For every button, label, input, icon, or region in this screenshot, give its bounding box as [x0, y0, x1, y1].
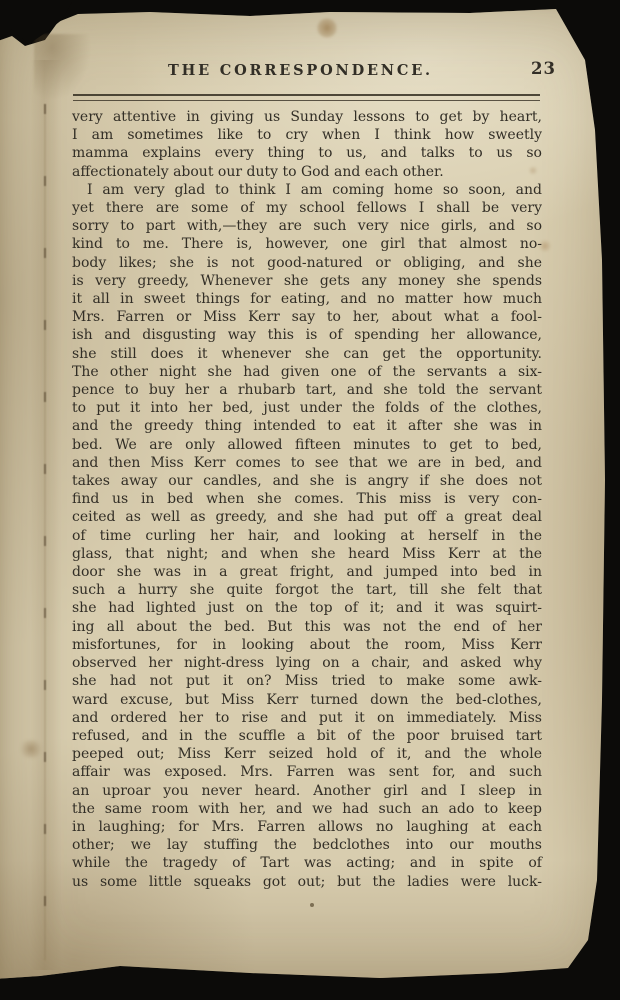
- binding-crease: [44, 104, 46, 960]
- text-line: ward excuse, but Miss Kerr turned down t…: [72, 691, 542, 709]
- text-line: misfortunes, for in looking about the ro…: [72, 636, 542, 654]
- text-line: us some little squeaks got out; but the …: [72, 873, 542, 891]
- text-line: to put it into her bed, just under the f…: [72, 399, 542, 417]
- text-line: and the greedy thing intended to eat it …: [72, 417, 542, 435]
- text-line: I am sometimes like to cry when I think …: [72, 126, 542, 144]
- page-number: 23: [531, 59, 556, 78]
- text-line: it all in sweet things for eating, and n…: [72, 290, 542, 308]
- text-line: an uproar you never heard. Another girl …: [72, 782, 542, 800]
- text-line: she still does it whenever she can get t…: [72, 345, 542, 363]
- text-line: door she was in a great fright, and jump…: [72, 563, 542, 581]
- text-line: and then Miss Kerr comes to see that we …: [72, 454, 542, 472]
- text-line: ceited as well as greedy, and she had pu…: [72, 508, 542, 526]
- text-line: affectionately about our duty to God and…: [72, 163, 542, 181]
- text-line: pence to buy her a rhubarb tart, and she…: [72, 381, 542, 399]
- text-line: other; we lay stuffing the bedclothes in…: [72, 836, 542, 854]
- text-line: bed. We are only allowed fifteen minutes…: [72, 436, 542, 454]
- age-spot: [316, 18, 338, 38]
- running-head-title: THE CORRESPONDENCE.: [168, 62, 433, 79]
- page-body-lines: very attentive in giving us Sunday lesso…: [72, 108, 542, 891]
- text-line: glass, that night; and when she heard Mi…: [72, 545, 542, 563]
- text-line: refused, and in the scuffle a bit of the…: [72, 727, 542, 745]
- age-spot: [18, 740, 44, 758]
- text-line: while the tragedy of Tart was acting; an…: [72, 854, 542, 872]
- text-line: sorry to part with,—they are such very n…: [72, 217, 542, 235]
- text-line: and ordered her to rise and put it on im…: [72, 709, 542, 727]
- text-line: peeped out; Miss Kerr seized hold of it,…: [72, 745, 542, 763]
- text-line: of time curling her hair, and looking at…: [72, 527, 542, 545]
- age-spot: [310, 903, 314, 907]
- text-line: takes away our candles, and she is angry…: [72, 472, 542, 490]
- text-line: I am very glad to think I am coming home…: [72, 181, 542, 199]
- scanned-book-page: THE CORRESPONDENCE. 23 very attentive in…: [0, 0, 620, 1000]
- text-line: ish and disgusting way this is of spendi…: [72, 326, 542, 344]
- text-line: The other night she had given one of the…: [72, 363, 542, 381]
- text-line: find us in bed when she comes. This miss…: [72, 490, 542, 508]
- text-line: she had lighted just on the top of it; a…: [72, 599, 542, 617]
- text-line: the same room with her, and we had such …: [72, 800, 542, 818]
- torn-corner-shadow: [34, 34, 94, 104]
- text-line: such a hurry she quite forgot the tart, …: [72, 581, 542, 599]
- text-line: in laughing; for Mrs. Farren allows no l…: [72, 818, 542, 836]
- page-paper: THE CORRESPONDENCE. 23 very attentive in…: [0, 0, 620, 1000]
- text-line: ing all about the bed. But this was not …: [72, 618, 542, 636]
- header-rule: [73, 94, 540, 101]
- text-line: observed her night-dress lying on a chai…: [72, 654, 542, 672]
- text-line: Mrs. Farren or Miss Kerr say to her, abo…: [72, 308, 542, 326]
- age-spot: [592, 96, 596, 102]
- text-line: yet there are some of my school fellows …: [72, 199, 542, 217]
- text-line: she had not put it on? Miss tried to mak…: [72, 672, 542, 690]
- text-line: affair was exposed. Mrs. Farren was sent…: [72, 763, 542, 781]
- text-line: mamma explains every thing to us, and ta…: [72, 144, 542, 162]
- text-line: is very greedy, Whenever she gets any mo…: [72, 272, 542, 290]
- text-line: body likes; she is not good-natured or o…: [72, 254, 542, 272]
- text-line: very attentive in giving us Sunday lesso…: [72, 108, 542, 126]
- binding-crease-shadow: [30, 60, 62, 970]
- text-line: kind to me. There is, however, one girl …: [72, 235, 542, 253]
